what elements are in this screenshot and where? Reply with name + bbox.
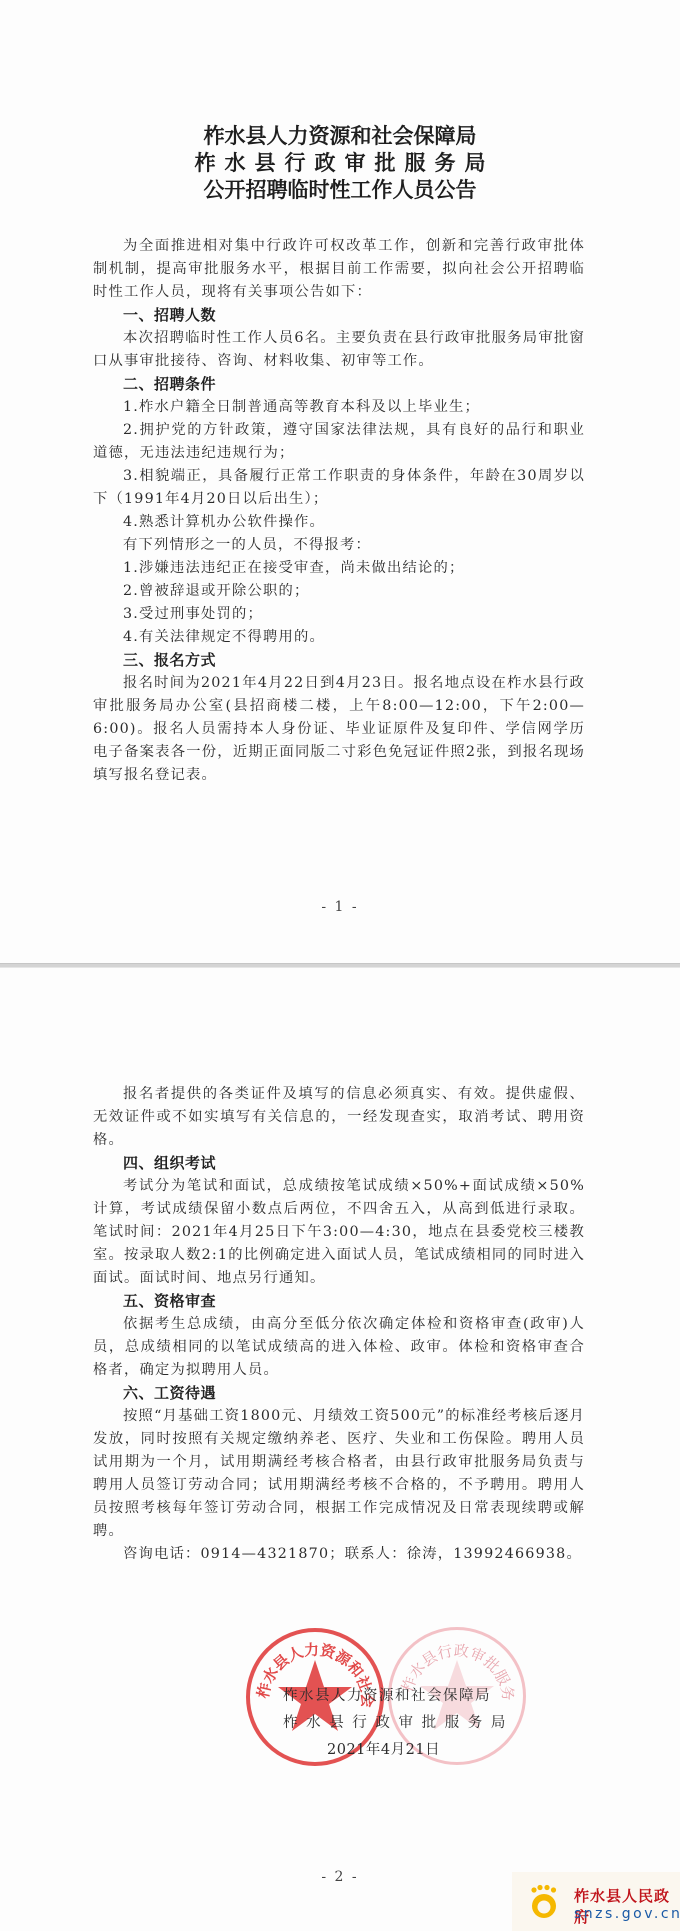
exclusion-item: 4.有关法律规定不得聘用的。 xyxy=(93,626,585,649)
exclusion-intro: 有下列情形之一的人员，不得报考： xyxy=(93,534,585,557)
document-page-1: 柞水县人力资源和社会保障局 柞水县行政审批服务局 公开招聘临时性工作人员公告 为… xyxy=(0,0,680,963)
exclusion-item: 2.曾被辞退或开除公职的； xyxy=(93,580,585,603)
section-text-recruit-count: 本次招聘临时性工作人员6名。主要负责在县行政审批服务局审批窗口从事审批接待、咨询… xyxy=(93,327,585,373)
condition-item: 2.拥护党的方针政策，遵守国家法律法规，具有良好的品行和职业道德，无违法违纪违规… xyxy=(93,419,585,465)
signature-date: 2021年4月21日 xyxy=(283,1737,583,1764)
site-watermark: 柞水县人民政府 snzs.gov.cn xyxy=(512,1872,680,1931)
condition-item: 1.柞水户籍全日制普通高等教育本科及以上毕业生； xyxy=(93,396,585,419)
watermark-site-url: snzs.gov.cn xyxy=(574,1906,680,1922)
section-heading-registration: 三、报名方式 xyxy=(93,649,585,672)
page-number-1: - 1 - xyxy=(0,899,680,915)
intro-paragraph: 为全面推进相对集中行政许可权改革工作，创新和完善行政审批体制机制，提高审批服务水… xyxy=(93,235,585,304)
continuation-paragraph: 报名者提供的各类证件及填写的信息必须真实、有效。提供虚假、无效证件或不如实填写有… xyxy=(93,1083,585,1152)
condition-item: 3.相貌端正，具备履行正常工作职责的身体条件，年龄在30周岁以下（1991年4月… xyxy=(93,465,585,511)
section-text-qualification-review: 依据考生总成绩，由高分至低分依次确定体检和资格审查(政审)人员，总成绩相同的以笔… xyxy=(93,1313,585,1382)
exclusion-item: 1.涉嫌违法违纪正在接受审查，尚未做出结论的； xyxy=(93,557,585,580)
section-heading-recruit-count: 一、招聘人数 xyxy=(93,304,585,327)
contact-info: 咨询电话：0914—4321870；联系人：徐涛，13992466938。 xyxy=(93,1543,585,1566)
title-line-2: 柞水县行政审批服务局 xyxy=(0,150,680,177)
page-1-body: 为全面推进相对集中行政许可权改革工作，创新和完善行政审批体制机制，提高审批服务水… xyxy=(93,235,585,787)
section-text-registration: 报名时间为2021年4月22日到4月23日。报名地点设在柞水县行政审批服务局办公… xyxy=(93,672,585,787)
signature-org-1: 柞水县人力资源和社会保障局 xyxy=(283,1683,583,1710)
section-heading-conditions: 二、招聘条件 xyxy=(93,373,585,396)
page-2-body: 报名者提供的各类证件及填写的信息必须真实、有效。提供虚假、无效证件或不如实填写有… xyxy=(93,1083,585,1566)
exclusion-item: 3.受过刑事处罚的； xyxy=(93,603,585,626)
title-line-1: 柞水县人力资源和社会保障局 xyxy=(0,123,680,150)
title-line-3: 公开招聘临时性工作人员公告 xyxy=(0,177,680,204)
document-title: 柞水县人力资源和社会保障局 柞水县行政审批服务局 公开招聘临时性工作人员公告 xyxy=(0,123,680,204)
government-site-logo-icon xyxy=(528,1884,560,1920)
condition-item: 4.熟悉计算机办公软件操作。 xyxy=(93,511,585,534)
section-heading-qualification-review: 五、资格审查 xyxy=(93,1290,585,1313)
signature-block: 柞水县人力资源和社会保障局 柞水县行政审批服务局 2021年4月21日 xyxy=(283,1683,583,1764)
signature-org-2: 柞水县行政审批服务局 xyxy=(283,1710,583,1737)
section-text-exam: 考试分为笔试和面试，总成绩按笔试成绩×50%+面试成绩×50%计算，考试成绩保留… xyxy=(93,1175,585,1290)
section-heading-exam: 四、组织考试 xyxy=(93,1152,585,1175)
section-text-salary: 按照“月基础工资1800元、月绩效工资500元”的标准经考核后逐月发放，同时按照… xyxy=(93,1405,585,1543)
document-page-2: 报名者提供的各类证件及填写的信息必须真实、有效。提供虚假、无效证件或不如实填写有… xyxy=(0,968,680,1931)
section-heading-salary: 六、工资待遇 xyxy=(93,1382,585,1405)
